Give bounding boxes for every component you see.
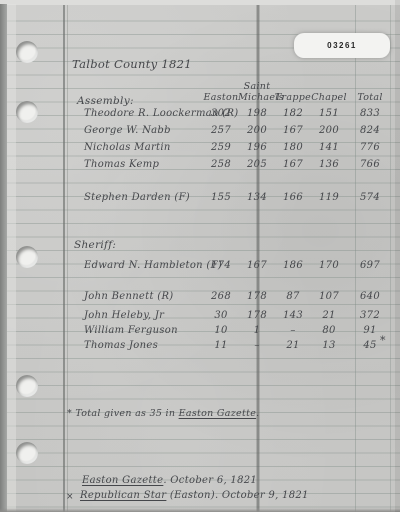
- vote-count: 200: [238, 125, 276, 136]
- table-row: Stephen Darden (F) 155 134 166 119 574: [0, 192, 400, 206]
- vote-count: 167: [274, 159, 312, 170]
- vote-count: 200: [310, 125, 348, 136]
- catalog-label: 03261: [294, 33, 390, 58]
- vote-count: 141: [310, 142, 348, 153]
- table-row: Edward N. Hambleton (F) 174 167 186 170 …: [0, 260, 400, 274]
- vote-count: 1: [238, 325, 276, 336]
- vote-total: 574: [346, 192, 394, 203]
- vote-count: 196: [238, 142, 276, 153]
- column-header-trappe: Trappe: [274, 92, 312, 103]
- column-rule: [390, 0, 391, 512]
- vote-count: 87: [274, 291, 312, 302]
- footnote-source-title: Easton Gazette: [179, 408, 257, 419]
- table-row: John Heleby, Jr 30 178 143 21 372: [0, 310, 400, 324]
- section-heading-assembly: Assembly:: [77, 95, 134, 107]
- vote-count: 170: [310, 260, 348, 271]
- vote-count: 30: [202, 310, 240, 321]
- vote-total: 776: [346, 142, 394, 153]
- vote-count: 13: [310, 340, 348, 351]
- footnote: * Total given as 35 in Easton Gazette.: [67, 408, 259, 419]
- candidate-name: Stephen Darden (F): [84, 192, 190, 203]
- vote-count: 178: [238, 310, 276, 321]
- margin-line: [63, 0, 65, 512]
- vote-total: 697: [346, 260, 394, 271]
- vote-count: 182: [274, 108, 312, 119]
- candidate-name: William Ferguson: [84, 325, 178, 336]
- table-row: Thomas Jones 11 – 21 13 45: [0, 340, 400, 354]
- table-row: George W. Nabb 257 200 167 200 824: [0, 125, 400, 139]
- vote-count: 174: [202, 260, 240, 271]
- vote-count: 134: [238, 192, 276, 203]
- column-header-saint-line1: Saint: [238, 81, 276, 92]
- table-row: Thomas Kemp 258 205 167 136 766: [0, 159, 400, 173]
- column-header-chapel: Chapel: [310, 92, 348, 103]
- vote-count: 151: [310, 108, 348, 119]
- table-row: John Bennett (R) 268 178 87 107 640: [0, 291, 400, 305]
- column-header-easton: Easton: [202, 92, 240, 103]
- catalog-number: 03261: [327, 41, 357, 50]
- vote-count: 259: [202, 142, 240, 153]
- source-citation: Easton Gazette. October 6, 1821: [82, 475, 257, 486]
- vote-count: 258: [202, 159, 240, 170]
- section-heading-sheriff: Sheriff:: [74, 239, 116, 251]
- vote-count: 107: [310, 291, 348, 302]
- vote-count: 10: [202, 325, 240, 336]
- candidate-name: Thomas Jones: [84, 340, 158, 351]
- vote-count: 119: [310, 192, 348, 203]
- source-citation: ×Republican Star (Easton). October 9, 18…: [80, 490, 309, 501]
- table-row: William Ferguson 10 1 – 80 91: [0, 325, 400, 339]
- source-title: Easton Gazette: [82, 475, 163, 486]
- scan-edge-left: [0, 4, 7, 512]
- footnote-text: Total given as 35 in: [75, 408, 178, 419]
- source-detail: (Easton). October 9, 1821: [166, 490, 308, 501]
- page-title: Talbot County 1821: [72, 57, 192, 71]
- punch-hole: [16, 41, 38, 63]
- column-rule: [355, 0, 356, 512]
- punch-hole: [16, 442, 38, 464]
- scan-edge-left-highlight: [7, 4, 16, 512]
- x-mark: ×: [66, 492, 74, 502]
- vote-count: 198: [238, 108, 276, 119]
- margin-line-secondary: [67, 0, 68, 512]
- vote-count: –: [238, 340, 276, 351]
- scanned-ledger-page: 03261 Talbot County 1821 Saint Easton Mi…: [0, 0, 400, 512]
- vote-count: 11: [202, 340, 240, 351]
- vote-count: –: [274, 325, 312, 336]
- punch-hole: [16, 375, 38, 397]
- vote-total: 824: [346, 125, 394, 136]
- column-header-michaels: Michaels: [238, 92, 276, 103]
- vote-count: 205: [238, 159, 276, 170]
- vote-total: 91: [346, 325, 394, 336]
- scan-edge-top: [0, 0, 400, 5]
- vote-count: 166: [274, 192, 312, 203]
- vote-total: 833: [346, 108, 394, 119]
- vote-count: 155: [202, 192, 240, 203]
- table-row: Nicholas Martin 259 196 180 141 776: [0, 142, 400, 156]
- vote-count: 143: [274, 310, 312, 321]
- scan-edge-right: [395, 0, 400, 512]
- vote-count: 268: [202, 291, 240, 302]
- vote-count: 167: [274, 125, 312, 136]
- vote-total: 372: [346, 310, 394, 321]
- column-header-total: Total: [346, 92, 394, 103]
- vote-count: 186: [274, 260, 312, 271]
- candidate-name: George W. Nabb: [84, 125, 171, 136]
- candidate-name: Nicholas Martin: [84, 142, 171, 153]
- source-detail: . October 6, 1821: [163, 475, 257, 486]
- candidate-name: Thomas Kemp: [84, 159, 159, 170]
- source-title: Republican Star: [80, 490, 166, 501]
- asterisk-note-marker: *: [380, 334, 386, 347]
- vote-count: 167: [238, 260, 276, 271]
- vote-count: 21: [310, 310, 348, 321]
- candidate-name: John Bennett (R): [84, 291, 174, 302]
- candidate-name: John Heleby, Jr: [84, 310, 164, 321]
- vote-count: 180: [274, 142, 312, 153]
- vote-count: 302: [202, 108, 240, 119]
- page-crease-line: [256, 0, 260, 512]
- vote-count: 136: [310, 159, 348, 170]
- vote-total: 45: [346, 340, 394, 351]
- table-row: Theodore R. Loockerman (R) 302 198 182 1…: [0, 108, 400, 122]
- scan-edge-bottom: [0, 508, 400, 512]
- vote-count: 178: [238, 291, 276, 302]
- vote-total: 640: [346, 291, 394, 302]
- vote-count: 257: [202, 125, 240, 136]
- vote-count: 21: [274, 340, 312, 351]
- vote-total: 766: [346, 159, 394, 170]
- vote-count: 80: [310, 325, 348, 336]
- footnote-period: .: [256, 408, 259, 419]
